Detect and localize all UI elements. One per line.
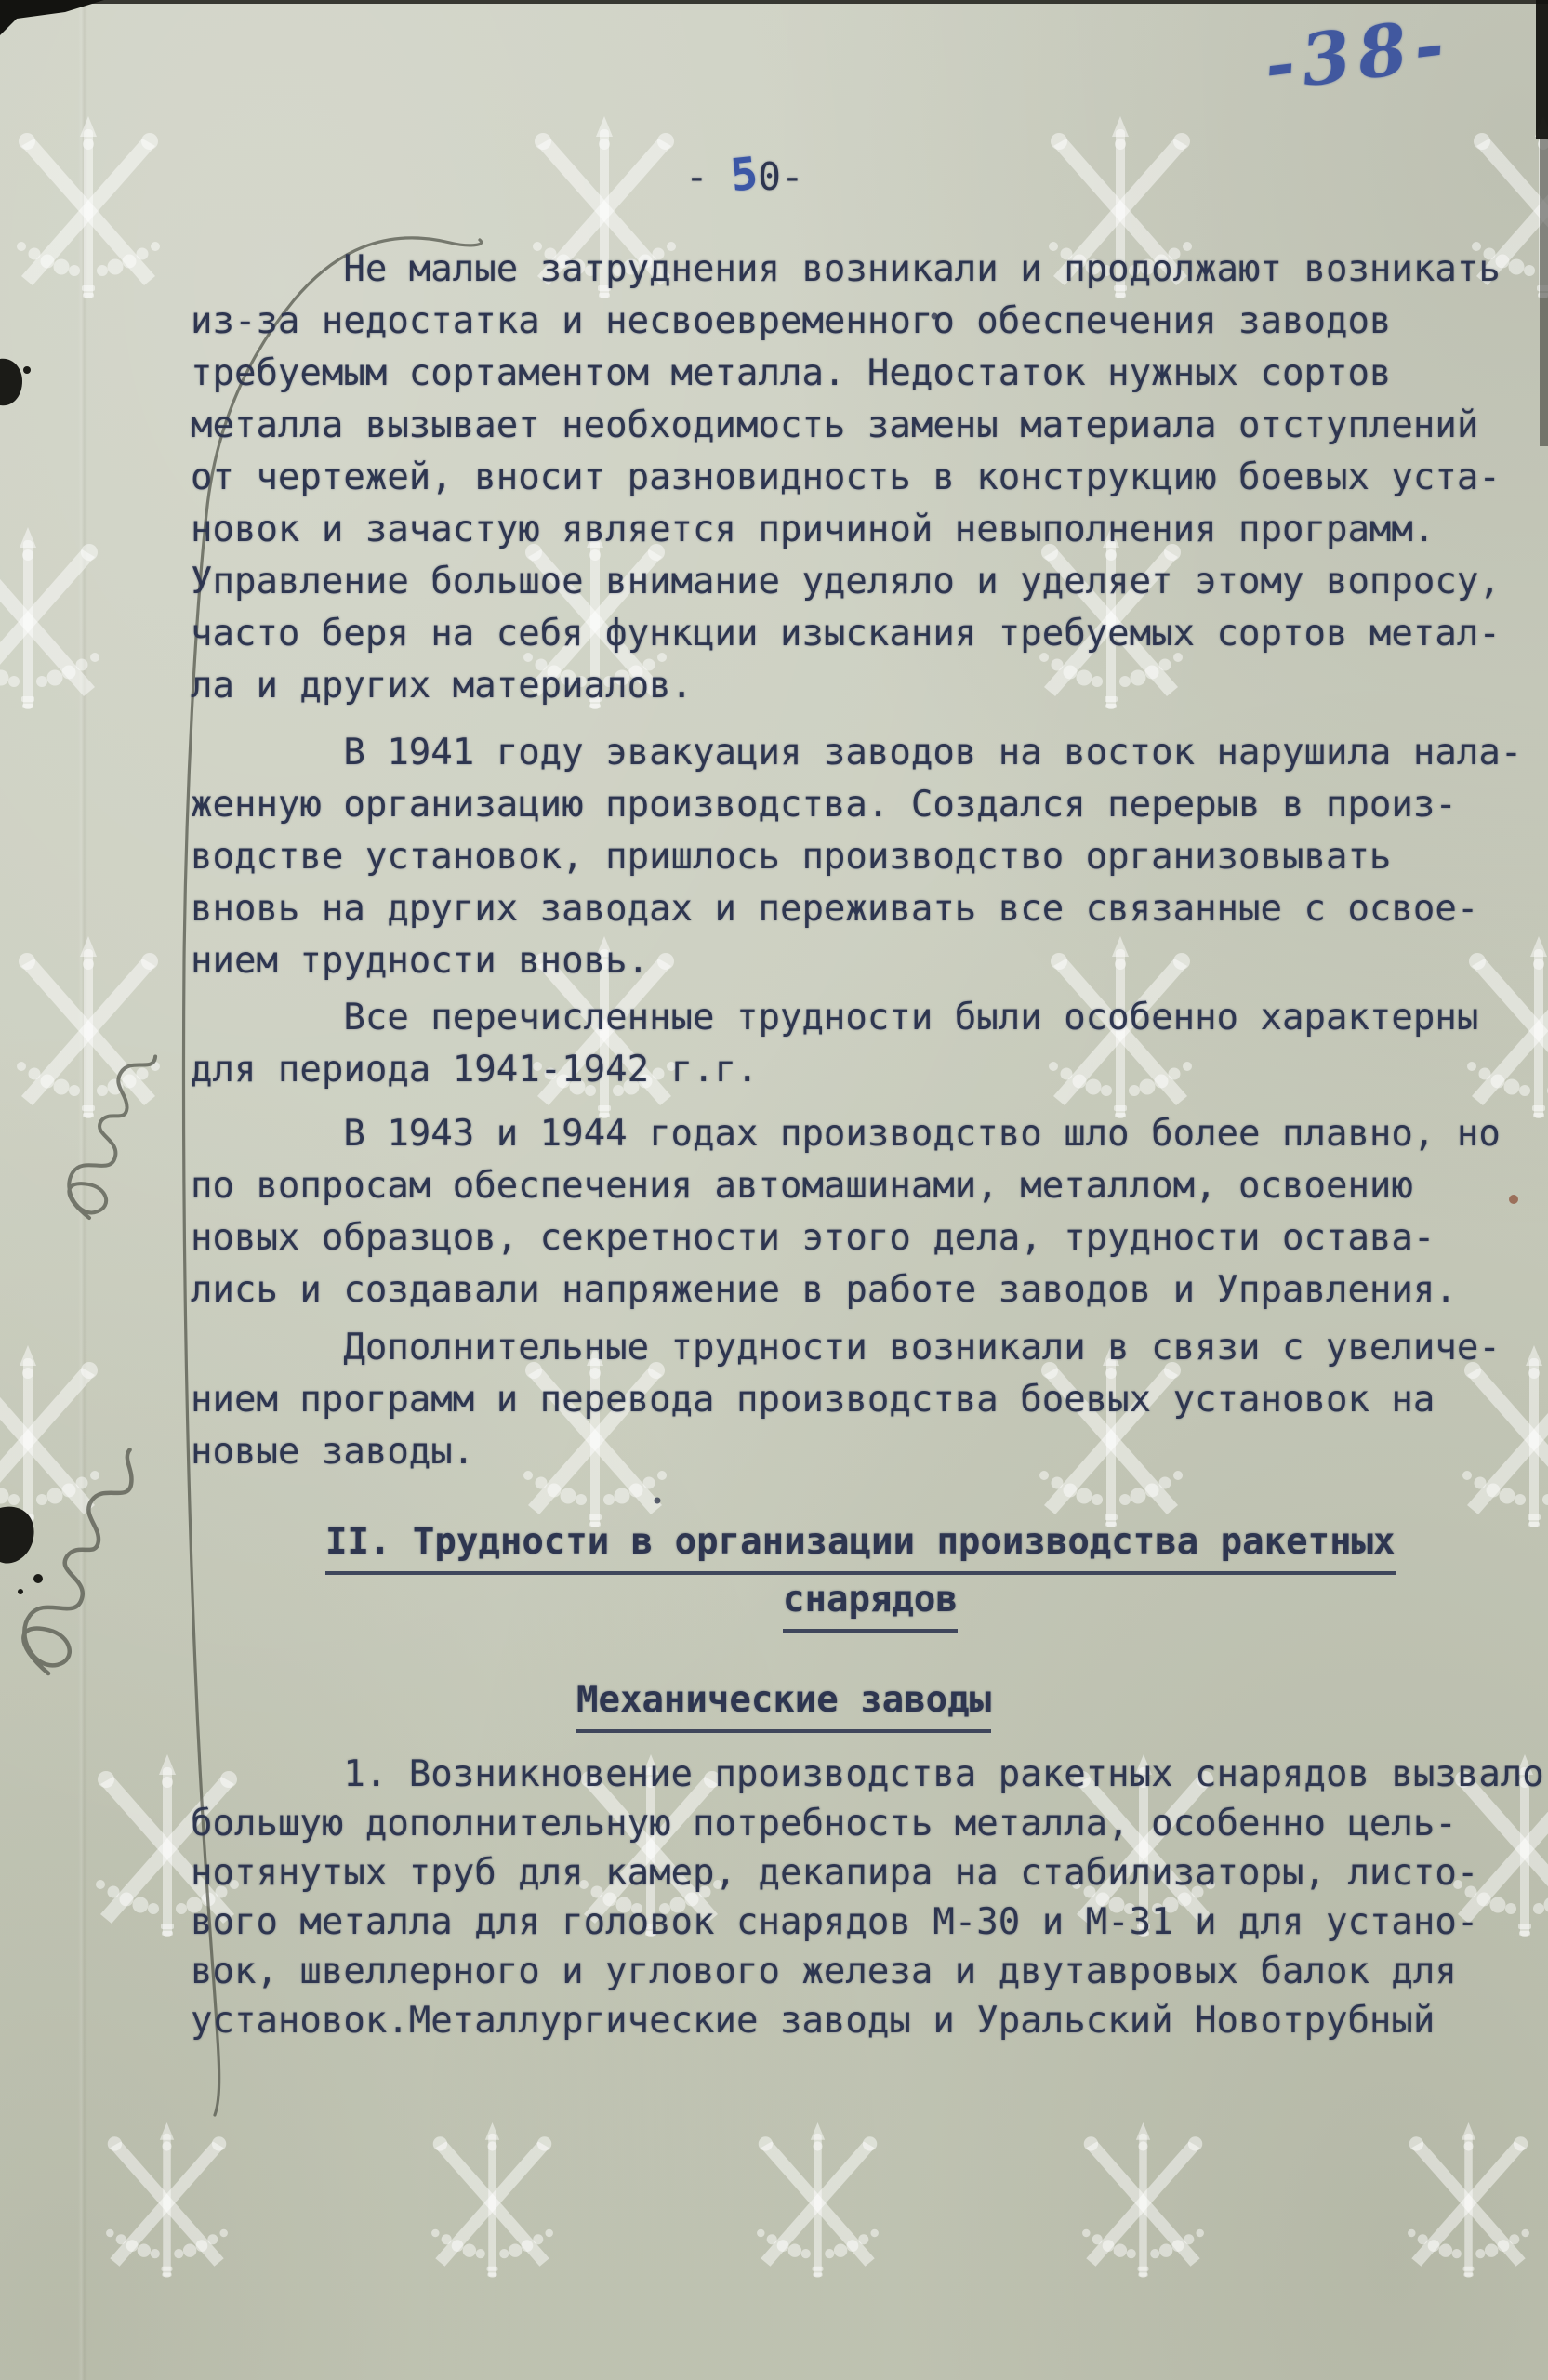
- typed-page-number-left: -: [685, 154, 731, 199]
- typed-page-number-right: 0-: [758, 154, 803, 199]
- section-heading-line1-text: II. Трудности в организации производства…: [325, 1521, 1396, 1575]
- paragraph-1943-1944-production: В 1943 и 1944 годах производство шло бол…: [191, 1108, 1501, 1316]
- section-heading-line2: снарядов: [783, 1579, 958, 1633]
- paragraph-1941-evacuation: В 1941 году эвакуация заводов на восток …: [191, 727, 1522, 987]
- paragraph-metal-supply-difficulties: Не малые затруднения возникали и продолж…: [191, 244, 1501, 712]
- subsection-heading-text: Механические заводы: [576, 1679, 991, 1733]
- typed-text-layer: -38- - 50- Не малые затруднения возникал…: [0, 0, 1548, 2380]
- paragraph-additional-difficulties: Дополнительные трудности возникали в свя…: [191, 1322, 1501, 1478]
- handwritten-page-number: -38-: [1260, 2, 1455, 107]
- typed-page-number: - 50-: [685, 149, 804, 201]
- subsection-heading-mechanical-plants: Механические заводы: [576, 1679, 991, 1733]
- section-heading-line1: II. Трудности в организации производства…: [325, 1521, 1396, 1575]
- paragraph-1941-1942-period: Все перечисленные трудности были особенн…: [191, 992, 1478, 1096]
- typed-page-number-digit-handwritten: 5: [729, 148, 761, 203]
- section-heading-line2-text: снарядов: [783, 1579, 958, 1633]
- paragraph-item-1-rocket-shell-production: 1. Возникновение производства ракетных с…: [191, 1750, 1544, 2045]
- scanned-document-page: -38- - 50- Не малые затруднения возникал…: [0, 0, 1548, 2380]
